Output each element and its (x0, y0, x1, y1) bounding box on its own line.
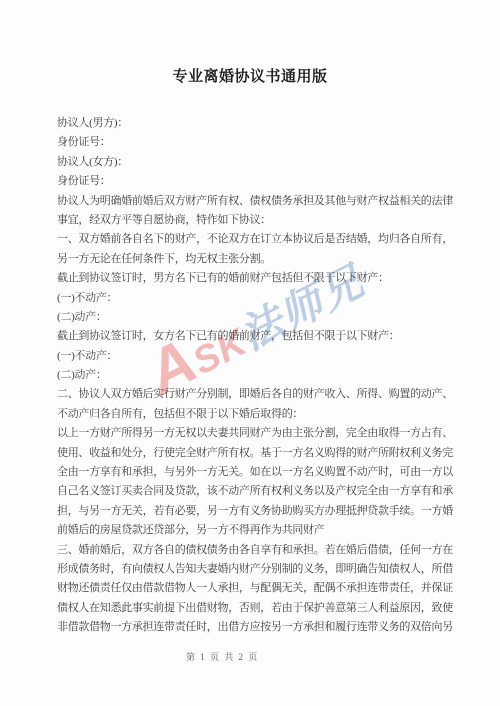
document-line: (一)不动产： (57, 347, 457, 366)
document-line: 债权人在知悉此事实前提下出借财物，否则，若由于保护善意第三人利益原因，致使 (57, 599, 457, 618)
document-line: 另一方无论在任何条件下，均无权主张分割。 (57, 250, 457, 269)
document-line: 形成债务时，有向债权人告知夫妻婚内财产分别制的义务，即明确告知债权人，所借 (57, 560, 457, 579)
document-page: 专业离婚协议书通用版 ASK法师兄 协议人(男方)： 身份证号： 协议人(女方)… (0, 0, 500, 706)
document-line: 协议人为明确婚前婚后双方财产所有权、债权债务承担及其他与财产权益相关的法律 (57, 192, 457, 211)
document-line: 使用、收益和处分，行使完全财产所有权。基于一方名义购得的财产所附权利义务完 (57, 444, 457, 463)
line-id-number-female: 身份证号： (57, 172, 457, 191)
document-line: 自己名义签订买卖合同及贷款，该不动产所有权利义务以及产权完全由一方享有和承 (57, 482, 457, 501)
document-line: 不动产归各自所有，包括但不限于以下婚后取得的： (57, 405, 457, 424)
page-number-footer: 第 1 页 共 2 页 (186, 650, 259, 663)
document-line: 一、双方婚前各自名下的财产，不论双方在订立本协议后是否结婚，均归各自所有， (57, 230, 457, 249)
document-line: 事宜，经双方平等自愿协商，特作如下协议： (57, 211, 457, 230)
document-line: 三、婚前婚后，双方各自的债权债务由各自享有和承担。若在婚后借债，任何一方在 (57, 541, 457, 560)
document-line: 二、协议人双方婚后实行财产分别制，即婚后各自的财产收入、所得、购置的动产、 (57, 385, 457, 404)
document-title: 专业离婚协议书通用版 (0, 65, 500, 86)
document-line: (二)动产： (57, 366, 457, 385)
line-id-number-male: 身份证号： (57, 133, 457, 152)
document-line: (二)动产： (57, 308, 457, 327)
document-line: 非借款借物一方承担连带责任时，出借方应按另一方承担和履行连带义务的双倍向另 (57, 618, 457, 637)
document-line: 担，与另一方无关，若有必要，另一方有义务协助购买方办理抵押贷款手续。一方婚 (57, 502, 457, 521)
document-line: 截止到协议签订时，女方名下已有的婚前财产，包括但不限于以下财产： (57, 327, 457, 346)
document-line: 财物还债责任仅由借款借物人一人承担，与配偶无关，配偶不承担连带责任，并保证 (57, 579, 457, 598)
line-party-female-label: 协议人(女方)： (57, 153, 457, 172)
document-line: (一)不动产： (57, 289, 457, 308)
line-party-male-label: 协议人(男方)： (57, 114, 457, 133)
document-body: 协议人(男方)： 身份证号： 协议人(女方)： 身份证号： 协议人为明确婚前婚后… (57, 114, 457, 638)
document-line: 前婚后的房屋贷款还贷部分，另一方不得再作为共同财产 (57, 521, 457, 540)
document-line: 全由一方享有和承担，与另外一方无关。如在以一方名义购置不动产时，可由一方以 (57, 463, 457, 482)
document-line: 以上一方财产所得另一方无权以夫妻共同财产为由主张分割，完全由取得一方占有、 (57, 424, 457, 443)
document-line: 截止到协议签订时，男方名下已有的婚前财产包括但不限于以下财产： (57, 269, 457, 288)
